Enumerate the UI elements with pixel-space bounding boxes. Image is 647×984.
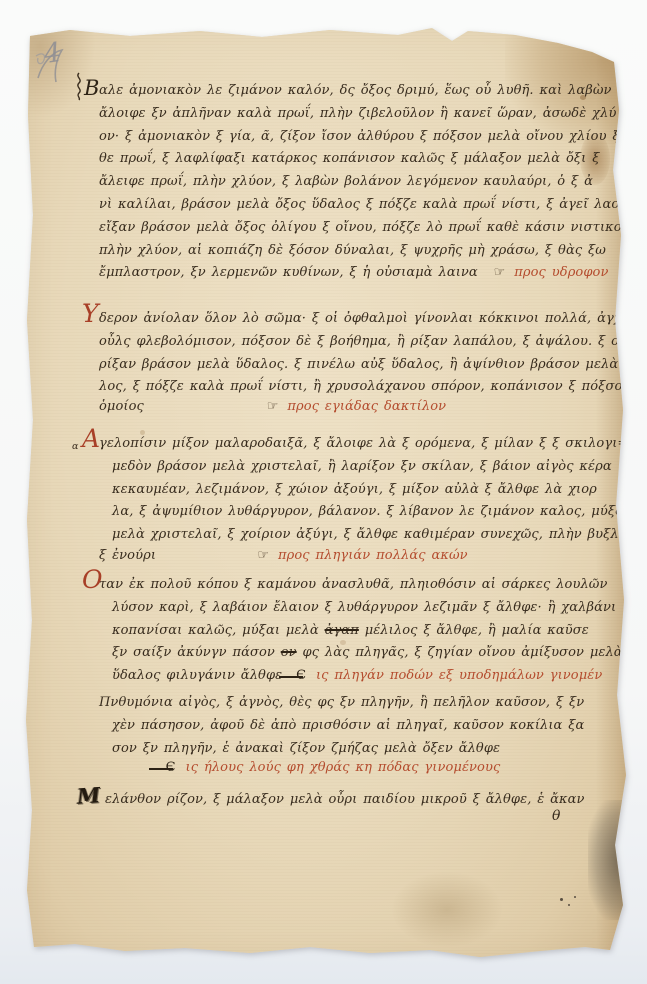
manuscript-line: χὲν πάσησον, ἀφοῦ δὲ ἀπὸ πρισθόσιν αἱ πλ… [99, 715, 559, 738]
recipe-section-2: Υ δερον ἀνίολαν ὅλον λὸ σῶμα· ξ οἱ ὀφθαλ… [99, 308, 559, 399]
initial-omicron: Ο [82, 569, 103, 592]
manuscript-line-tail: ξ ἐνούρι [99, 548, 156, 563]
manuscript-line: λος, ξ πόξζε καλὰ πρωΐ νίστι, ἢ χρυσολάχ… [99, 376, 559, 399]
right-edge-toning [596, 40, 626, 950]
manuscript-line: θε πρωΐ, ξ λαφλίφαξι κατάρκος κοπάνισον … [99, 148, 559, 171]
manuscript-line: δερον ἀνίολαν ὅλον λὸ σῶμα· ξ οἱ ὀφθαλμο… [99, 311, 638, 326]
struck-word: ον [281, 645, 297, 660]
struck-word: ἀγαπ [325, 623, 359, 638]
ink-dot [568, 904, 570, 906]
ink-dot [560, 898, 563, 901]
manuscript-line: φς λὰς πληγᾶς, ξ ζηγίαν οἴνου ἀμίξυσον μ… [303, 645, 623, 660]
manuscript-line: νὶ καλίλαι, βράσον μελὰ ὄξος ὕδαλος ξ πό… [99, 194, 559, 217]
recipe-section-5: Πνθυμόνια αἰγὸς, ξ ἀγνὸς, θὲς φς ξν πληγ… [99, 692, 559, 760]
recipe-section-4: Ο ταν ἐκ πολοῦ κόπου ξ καμάνου ἀνασλυθᾶ,… [99, 574, 559, 688]
rubric-heading-fingers: προς εγιάδας δακτίλον [287, 399, 446, 414]
rubric-row-3: ξ ἐνούρι ☞ προς πληγιάν πολλάς ακών [99, 548, 559, 563]
paragraphus-icon: Є [296, 668, 306, 683]
manicule-icon: ☞ [257, 548, 269, 563]
manuscript-line: γελοπίσιν μίξον μαλαροδαιξᾶ, ξ ἄλοιφε λὰ… [99, 436, 628, 451]
initial-alpha: Α [82, 428, 100, 451]
manuscript-line: κεκαυμέαν, λεζιμάνον, ξ χώιον ἀξούγι, ξ … [99, 479, 559, 502]
manuscript-line: οὖλς φλεβολόμισον, πόξσον δὲ ξ βοήθημα, … [99, 331, 559, 354]
manuscript-line: λύσον καρὶ, ξ λαβάιον ἔλαιον ξ λυθάργυρο… [99, 597, 559, 620]
manuscript-line: ταν ἐκ πολοῦ κόπου ξ καμάνου ἀνασλυθᾶ, π… [99, 577, 608, 592]
initial-beta: Β [84, 77, 100, 100]
smudge-bottom-right [588, 800, 630, 920]
rubric-row-2: ὁμοίος ☞ προς εγιάδας δακτίλον [99, 399, 559, 414]
manuscript-scan: { "ui": { "manicule": "☞" }, "colors": {… [0, 0, 647, 984]
manuscript-line: Πνθυμόνια αἰγὸς, ξ ἀγνὸς, θὲς φς ξν πληγ… [99, 692, 559, 715]
manuscript-line: ελάνθον ρίζον, ξ μάλαξον μελὰ οὖρι παιδί… [105, 792, 585, 807]
manuscript-line: ξν σαίξν ἀκύνγν πάσον [112, 645, 275, 660]
manuscript-line: μεδὸν βράσον μελὰ χριστελαῖ, ἢ λαρίξον ξ… [99, 456, 559, 479]
manuscript-line-tail: ὁμοίος [99, 399, 144, 414]
manuscript-line: ον· ξ ἀμονιακὸν ξ γία, ᾶ, ζίξον ἴσον ἀλθ… [99, 126, 559, 149]
manuscript-line: ἄλειφε πρωΐ, πλὴν χλύον, ξ λαβὼν βολάνον… [99, 171, 559, 194]
recipe-section-6: Μ ελάνθον ρίζον, ξ μάλαξον μελὰ οὖρι παι… [99, 789, 559, 812]
manuscript-line: ἄλοιφε ξν ἀπλῆναν καλὰ πρωΐ, πλὴν ζιβελο… [99, 103, 559, 126]
manuscript-line: σον ξν πληγῆν, ἑ ἀνακαὶ ζίξον ζμήζας μελ… [99, 738, 559, 761]
manuscript-line: ὕδαλος φιλυγάνιν ἄλθφε [112, 668, 282, 683]
paper-wrapper: 4 Β αλε ἀμονιακὸν λε ζιμάνον καλόν, δς ὄ… [0, 0, 647, 984]
rubric-heading-calluses: ις ήλους λούς φη χθράς κη πόδας γινομένο… [186, 760, 501, 775]
initial-mu-monogram: Μ [76, 784, 101, 808]
manuscript-line: κοπανίσαι καλῶς, μύξαι μελὰ [112, 623, 319, 638]
manuscript-line: αλε ἀμονιακὸν λε ζιμάνον καλόν, δς ὄξος … [99, 83, 612, 98]
rubric-row-5: Є ις ήλους λούς φη χθράς κη πόδας γινομέ… [99, 760, 559, 775]
initial-upsilon: Υ [82, 303, 99, 326]
manuscript-page: 4 Β αλε ἀμονιακὸν λε ζιμάνον καλόν, δς ὄ… [0, 0, 647, 984]
rubric-heading-dropsy: προς υδροφον [514, 265, 608, 280]
recipe-section-1: Β αλε ἀμονιακὸν λε ζιμάνον καλόν, δς ὄξο… [99, 80, 559, 285]
ink-dot [574, 896, 576, 898]
manuscript-line: πλὴν χλύον, αἱ κοπιάζη δὲ ξόσον δύναλαι,… [99, 240, 559, 263]
manuscript-line: εἴξαν βράσον μελὰ ὄξος ὀλίγου ξ οἴνου, π… [99, 217, 559, 240]
manuscript-line: μέλιλος ξ ἄλθφε, ἢ μαλία καῦσε [365, 623, 589, 638]
manuscript-line: ρίξαν βράσον μελὰ ὕδαλος. ξ πινέλω αὐξ ὕ… [99, 354, 559, 377]
manicule-icon: ☞ [494, 265, 506, 280]
margin-letter: α [72, 436, 79, 459]
paragraphus-icon: Є [166, 760, 176, 775]
rubric-heading-wounds: προς πληγιάν πολλάς ακών [278, 548, 468, 563]
catchword: θ [552, 808, 560, 824]
stain-bottom-center [392, 872, 502, 947]
manuscript-line: ἔμπλαστρον, ξν λερμενῶν κυθίνων, ξ ἡ οὐσ… [99, 265, 478, 280]
manicule-icon: ☞ [267, 399, 279, 414]
rubric-heading-shoe-wounds: ις πληγάν ποδών εξ υποδημάλων γινομέν [316, 668, 602, 683]
manuscript-line: λα, ξ ἀψυμίθιον λυθάργυρον, βάλανον. ξ λ… [99, 501, 559, 524]
manuscript-line: μελὰ χριστελαῖ, ξ χοίριον ἀξύγι, ξ ἄλθφε… [99, 524, 559, 547]
recipe-section-3: α Α γελοπίσιν μίξον μαλαροδαιξᾶ, ξ ἄλοιφ… [99, 433, 559, 547]
